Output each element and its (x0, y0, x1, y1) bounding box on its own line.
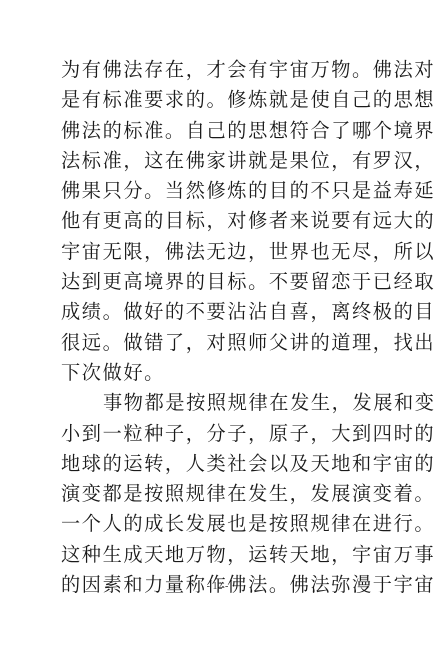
text-line: 一个人的成长发展也是按照规律在进行。我把 (61, 509, 377, 539)
document-page: 为有佛法存在，才会有宇宙万物。佛法对生命 是有标准要求的。修炼就是使自己的思想符… (61, 55, 377, 600)
text-line: 这种生成天地万物，运转天地，宇宙万事万物 (61, 540, 377, 570)
text-line: 他有更高的目标，对修者来说要有远大的目标。 (61, 206, 377, 236)
text-line: 演变都是按照规律在发生，发展演变着。当然 (61, 479, 377, 509)
text-line: 地球的运转，人类社会以及天地和宇宙的发展 (61, 449, 377, 479)
text-line: 佛果只分。当然修炼的目的不只是益寿延年， (61, 176, 377, 206)
text-line: 达到更高境界的目标。不要留恋于已经取得的 (61, 267, 377, 297)
text-line: 佛法的标准。自己的思想符合了哪个境界的佛 (61, 116, 377, 146)
text-line: 是有标准要求的。修炼就是使自己的思想符合 (61, 85, 377, 115)
text-line: 宇宙无限，佛法无边，世界也无尽，所以要有 (61, 237, 377, 267)
text-line: 小到一粒种子，分子，原子，大到四时的变迁， (61, 419, 377, 449)
paragraph-2: 事物都是按照规律在发生，发展和变化着， 小到一粒种子，分子，原子，大到四时的变迁… (61, 388, 377, 600)
text-line: 为有佛法存在，才会有宇宙万物。佛法对生命 (61, 55, 377, 85)
text-line: 事物都是按照规律在发生，发展和变化着， (61, 388, 377, 418)
text-line: 下次做好。 (61, 358, 377, 388)
text-line: 很远。做错了，对照师父讲的道理，找出原因， (61, 328, 377, 358)
page-number: - 12 - (0, 581, 435, 592)
paragraph-1: 为有佛法存在，才会有宇宙万物。佛法对生命 是有标准要求的。修炼就是使自己的思想符… (61, 55, 377, 388)
text-line: 成绩。做好的不要沾沾自喜，离终极的目标还 (61, 297, 377, 327)
text-line: 法标准，这在佛家讲就是果位，有罗汉，菩萨， (61, 146, 377, 176)
